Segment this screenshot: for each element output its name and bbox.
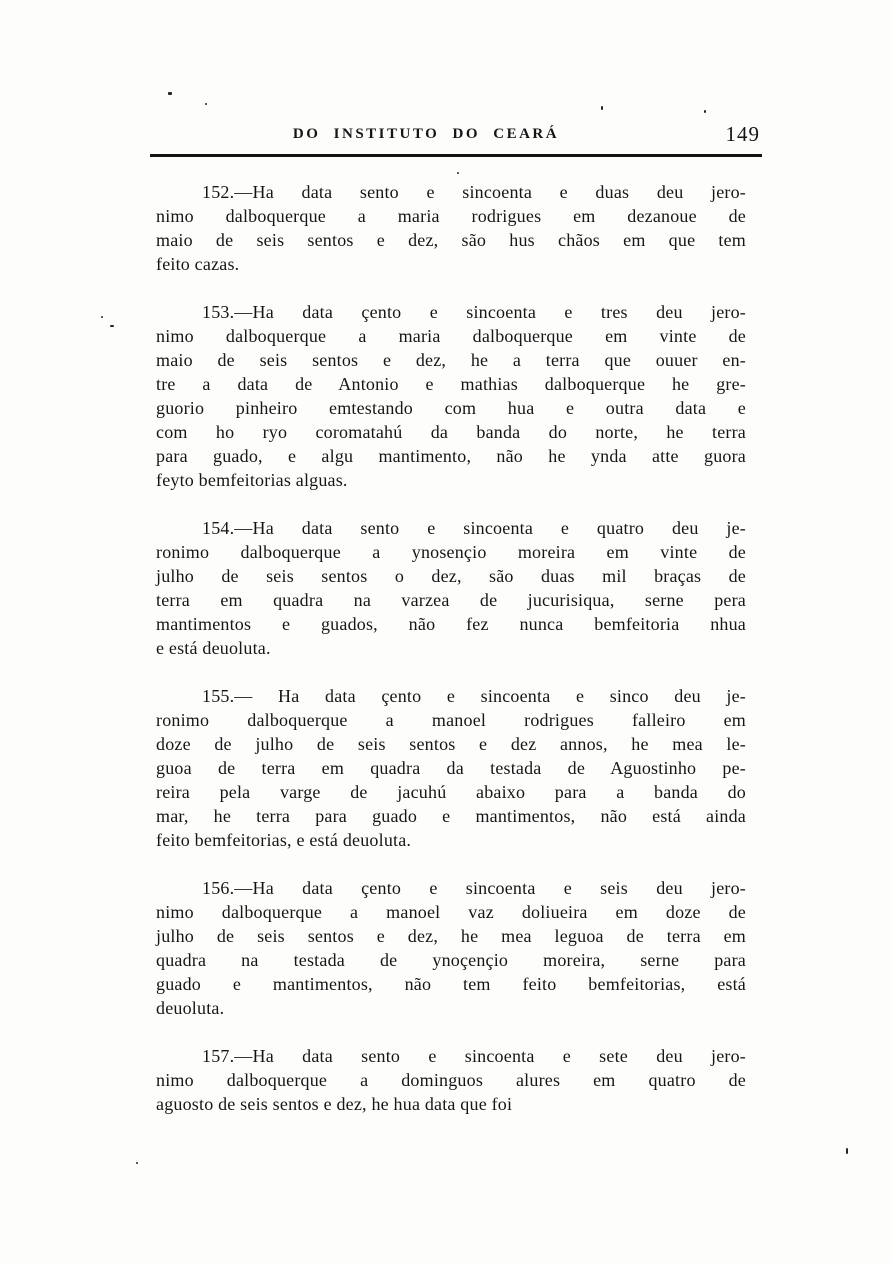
text-line: nimo dalboquerque a maria rodrigues em d… (156, 204, 746, 228)
paragraph-154: 154.—Ha data sento e sincoenta e quatro … (156, 516, 746, 660)
text-line: 156.—Ha data çento e sincoenta e seis de… (156, 876, 746, 900)
text-line: feyto bemfeitorias alguas. (156, 468, 746, 492)
page-body: 152.—Ha data sento e sincoenta e duas de… (150, 180, 762, 1116)
paragraph-157: 157.—Ha data sento e sincoenta e sete de… (156, 1044, 746, 1116)
text-line: nimo dalboquerque a manoel vaz doliueira… (156, 900, 746, 924)
text-line: 154.—Ha data sento e sincoenta e quatro … (156, 516, 746, 540)
text-line: para guado, e algu mantimento, não he yn… (156, 444, 746, 468)
text-line: julho de seis sentos e dez, he mea leguo… (156, 924, 746, 948)
text-line: terra em quadra na varzea de jucurisiqua… (156, 588, 746, 612)
text-line: mar, he terra para guado e mantimentos, … (156, 804, 746, 828)
page-number: 149 (726, 122, 761, 147)
page-content: DO INSTITUTO DO CEARÁ 149 152.—Ha data s… (150, 0, 762, 1140)
text-line: ronimo dalboquerque a ynosençio moreira … (156, 540, 746, 564)
text-line: ronimo dalboquerque a manoel rodrigues f… (156, 708, 746, 732)
text-line: 157.—Ha data sento e sincoenta e sete de… (156, 1044, 746, 1068)
text-line: guorio pinheiro emtestando com hua e out… (156, 396, 746, 420)
text-line: julho de seis sentos o dez, são duas mil… (156, 564, 746, 588)
scanned-book-page: DO INSTITUTO DO CEARÁ 149 152.—Ha data s… (0, 0, 893, 1263)
text-line: guoa de terra em quadra da testada de Ag… (156, 756, 746, 780)
scan-speck (136, 1162, 138, 1164)
scan-speck (101, 316, 103, 318)
text-line: feito cazas. (156, 252, 746, 276)
header-rule (150, 154, 762, 157)
text-line: com ho ryo coromatahú da banda do norte,… (156, 420, 746, 444)
text-line: reira pela varge de jacuhú abaixo para a… (156, 780, 746, 804)
paragraph-155: 155.— Ha data çento e sincoenta e sinco … (156, 684, 746, 852)
text-line: 153.—Ha data çento e sincoenta e tres de… (156, 300, 746, 324)
text-line: nimo dalboquerque a maria dalboquerque e… (156, 324, 746, 348)
text-line: quadra na testada de ynoçençio moreira, … (156, 948, 746, 972)
paragraph-156: 156.—Ha data çento e sincoenta e seis de… (156, 876, 746, 1020)
text-line: nimo dalboquerque a dominguos alures em … (156, 1068, 746, 1092)
text-line: tre a data de Antonio e mathias dalboque… (156, 372, 746, 396)
text-line: e está deuoluta. (156, 636, 746, 660)
scan-speck (110, 325, 114, 327)
text-line: feito bemfeitorias, e está deuoluta. (156, 828, 746, 852)
text-line: maio de seis sentos e dez, he a terra qu… (156, 348, 746, 372)
text-line: 155.— Ha data çento e sincoenta e sinco … (156, 684, 746, 708)
text-line: mantimentos e guados, não fez nunca bemf… (156, 612, 746, 636)
running-title: DO INSTITUTO DO CEARÁ (150, 126, 762, 143)
scan-speck (846, 1148, 848, 1154)
text-line: 152.—Ha data sento e sincoenta e duas de… (156, 180, 746, 204)
paragraph-153: 153.—Ha data çento e sincoenta e tres de… (156, 300, 746, 492)
paragraph-152: 152.—Ha data sento e sincoenta e duas de… (156, 180, 746, 276)
text-line: deuoluta. (156, 996, 746, 1020)
page-header: DO INSTITUTO DO CEARÁ 149 (150, 126, 762, 150)
text-line: maio de seis sentos e dez, são hus chãos… (156, 228, 746, 252)
text-line: doze de julho de seis sentos e dez annos… (156, 732, 746, 756)
text-line: aguosto de seis sentos e dez, he hua dat… (156, 1092, 746, 1116)
text-line: guado e mantimentos, não tem feito bemfe… (156, 972, 746, 996)
